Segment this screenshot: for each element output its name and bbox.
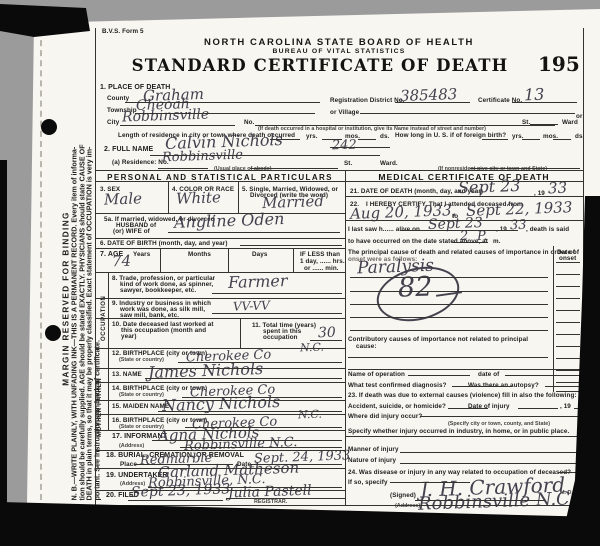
village-label: or Village [330, 109, 359, 116]
ruled-line [400, 463, 580, 464]
ward-label: Ward [562, 119, 578, 126]
form-number: B.V.S. Form 5 [102, 28, 144, 35]
ruled-line [518, 408, 558, 409]
ruled-line [180, 447, 342, 448]
ruled-line [95, 468, 345, 469]
ruled-line [348, 369, 580, 370]
ruled-line [553, 139, 571, 140]
ruled-line [390, 482, 470, 483]
operation-label: Name of operation [348, 371, 405, 378]
ruled-line [226, 498, 346, 499]
ruled-line [95, 170, 583, 171]
industry-value: VV-VV [233, 298, 270, 313]
ruled-line [95, 318, 345, 319]
ruled-line [95, 213, 345, 214]
ruled-line [395, 102, 470, 103]
ruled-line [148, 487, 342, 488]
ruled-line-vertical [240, 318, 241, 348]
ruled-line [95, 505, 583, 506]
ruled-line [212, 293, 342, 294]
ruled-line [95, 368, 345, 369]
date-of-onset-blank-line [556, 274, 580, 275]
ruled-line [212, 313, 342, 314]
injury-19-label: , 19 [560, 403, 571, 410]
ruled-line [152, 440, 342, 441]
ruled-line [158, 168, 208, 169]
principal-cause-label-1: The principal cause of death and related… [348, 249, 575, 256]
ruled-line [408, 375, 470, 376]
residence-value: Robbinsville [162, 148, 243, 166]
date-of-death-value: Sept 23 [458, 176, 521, 197]
residence-label: (a) Residence: No. [112, 159, 169, 166]
specify-city-note: (Specify city or town, county, and State… [448, 421, 550, 427]
city-value: Robbinsville [122, 106, 210, 125]
certificate-title: STANDARD CERTIFICATE OF DEATH [85, 56, 555, 75]
age-months-label: Months [188, 251, 211, 258]
ruled-line-vertical [583, 28, 584, 505]
ruled-line-vertical [228, 248, 229, 272]
ruled-line [345, 436, 583, 437]
hole-punch-top [41, 119, 57, 135]
ruled-line [95, 348, 345, 349]
scanned-death-certificate: { "margin": { "binding": "MARGIN RESERVE… [0, 0, 600, 546]
mother-name-label: 15. MAIDEN NAME [112, 403, 169, 410]
ruled-line [420, 416, 580, 417]
date-of-onset-blank-line [556, 382, 580, 383]
test-label: What test confirmed diagnosis? [348, 382, 447, 389]
accident-label: Accident, suicide, or homicide? [348, 403, 446, 410]
informant-address-label: (Address) [119, 443, 144, 449]
dob-label: 6. DATE OF BIRTH (month, day, and year) [100, 240, 228, 247]
ruled-line [135, 464, 233, 465]
age-less-label-3: or ...... min. [304, 265, 339, 272]
perforation-edge [40, 30, 42, 500]
ruled-line [350, 277, 548, 278]
hole-punch-bottom [45, 325, 61, 341]
ruled-line [145, 378, 342, 379]
ruled-line [95, 298, 345, 299]
ruled-line [452, 242, 488, 243]
ruled-line [270, 139, 300, 140]
ruled-line-vertical [168, 181, 169, 213]
total-time-label-3: occupation [263, 334, 298, 341]
ruled-line-vertical [108, 272, 109, 430]
ruled-line [345, 196, 583, 197]
age-days-label: Days [252, 251, 267, 258]
date-of-onset-blank-line [556, 262, 580, 263]
nature-of-injury-label: Nature of injury [348, 457, 396, 464]
date-of-onset-blank-line [556, 358, 580, 359]
ruled-line [358, 139, 376, 140]
ruled-line [574, 408, 582, 409]
ruled-line [95, 414, 345, 415]
date-of-onset-blank-line [556, 334, 580, 335]
manner-of-injury-label: Manner of injury [348, 446, 399, 453]
ruled-line [182, 397, 342, 398]
occupation-side-label: OCCUPATION [101, 281, 107, 341]
last-worked-label-3: year) [121, 333, 137, 340]
ruled-line [530, 124, 558, 125]
ruled-line-vertical [345, 170, 346, 505]
date-of-onset-blank-line [556, 322, 580, 323]
ruled-line-vertical [553, 246, 554, 392]
age-less-label-1: IF LESS than [300, 251, 340, 258]
contributory-label-2: cause: [356, 343, 377, 350]
operation-date-label: date of [478, 371, 499, 378]
ruled-line [135, 113, 315, 114]
ruled-line [400, 230, 518, 231]
ruled-line [522, 139, 540, 140]
specify-where-label: Specify whether injury occurred in indus… [348, 428, 569, 435]
date-of-onset-label-2: onset [559, 255, 576, 262]
sex-value: Male [104, 189, 143, 208]
ruled-line [348, 357, 548, 358]
bureau-subtitle: BUREAU OF VITAL STATISTICS [95, 48, 583, 55]
date-of-onset-blank-line [556, 346, 580, 347]
m-label: m. [493, 238, 501, 245]
death-said-label: , death is said [526, 226, 569, 233]
ruled-line [310, 340, 342, 341]
where-injury-label: Where did injury occur? [348, 413, 422, 420]
trade-value: Farmer [228, 271, 288, 292]
ruled-line [158, 411, 342, 412]
ruled-line [255, 125, 555, 126]
full-name-label: 2. FULL NAME [104, 146, 153, 153]
total-time-value: 30 [318, 325, 336, 342]
ruled-line [545, 386, 581, 387]
spouse-label-3: (or) WIFE of [113, 228, 150, 235]
ruled-line-vertical [95, 28, 96, 505]
ruled-line [168, 232, 340, 233]
if-so-specify-label: If so, specify [348, 479, 388, 486]
ruled-line [185, 427, 342, 428]
ruled-line [558, 472, 582, 473]
ruled-line [250, 464, 342, 465]
ruled-line-vertical [293, 248, 294, 272]
ruled-line [95, 490, 345, 491]
residence-st-label: St. [344, 160, 352, 167]
ruled-line [512, 102, 577, 103]
ruled-line [240, 245, 342, 246]
ruled-line [120, 125, 235, 126]
ruled-line [150, 155, 380, 156]
date-of-onset-blank-line [556, 370, 580, 371]
date-of-onset-blank-line [556, 310, 580, 311]
scan-edge-leftstrip [0, 160, 7, 510]
external-causes-label: 23. If death was due to external causes … [348, 392, 577, 399]
ruled-line [482, 139, 508, 140]
signed-address-label: (Address) [395, 503, 420, 509]
ruled-line-vertical [238, 181, 239, 213]
ds-label: ds. [380, 133, 389, 140]
residence-ward-label: Ward. [380, 160, 398, 167]
foreign-birth-label: How long in U. S. if of foreign birth? [395, 132, 506, 139]
ruled-line [178, 362, 342, 363]
ruled-line [505, 375, 580, 376]
ruled-line [350, 330, 548, 331]
ruled-line [95, 450, 345, 451]
district-label: Registration District No. [330, 97, 405, 104]
age-value: 74 [112, 252, 132, 271]
ruled-line [95, 248, 345, 249]
board-title: NORTH CAROLINA STATE BOARD OF HEALTH [95, 37, 583, 48]
contributory-label-1: Contributory causes of importance not re… [348, 336, 528, 343]
trade-label-3: sawyer, bookkeeper, etc. [120, 287, 196, 294]
date-of-onset-blank-line [556, 298, 580, 299]
county-label: County [107, 95, 129, 102]
ruled-line [128, 500, 223, 501]
ruled-line [415, 500, 545, 501]
ruled-line [350, 291, 548, 292]
ruled-line-vertical [160, 248, 161, 272]
abode-note: (Usual place of abode) [214, 166, 272, 172]
date-of-onset-blank-line [556, 286, 580, 287]
ruled-line [350, 304, 548, 305]
age-less-label-2: 1 day, ...... hrs. [300, 258, 345, 265]
yrs-label: yrs. [306, 133, 318, 140]
ruled-line [95, 430, 345, 431]
ruled-line [452, 386, 512, 387]
ruled-line [95, 238, 345, 239]
father-birthplace-sub: (State or country) [119, 392, 164, 398]
race-value: White [176, 188, 221, 208]
serial-number: 195 [538, 52, 580, 76]
ruled-line [470, 168, 580, 169]
father-name-label: 13. NAME [112, 371, 142, 378]
city-label: City [107, 119, 119, 126]
signed-label: (Signed) [390, 492, 416, 499]
ruled-line [330, 147, 390, 148]
age-years-label: Years [133, 251, 150, 258]
ruled-line [322, 139, 342, 140]
ruled-line [95, 400, 345, 401]
ruled-line [360, 113, 575, 114]
ruled-line [448, 408, 488, 409]
street-no-label: No. [244, 119, 254, 126]
ruled-line [350, 317, 548, 318]
ruled-line [400, 452, 580, 453]
ruled-line [95, 272, 345, 273]
ruled-line [95, 382, 345, 383]
ruled-line [125, 102, 320, 103]
date-of-onset-blank-line [556, 391, 580, 392]
ruled-line [345, 220, 583, 221]
ruled-line [250, 168, 338, 169]
